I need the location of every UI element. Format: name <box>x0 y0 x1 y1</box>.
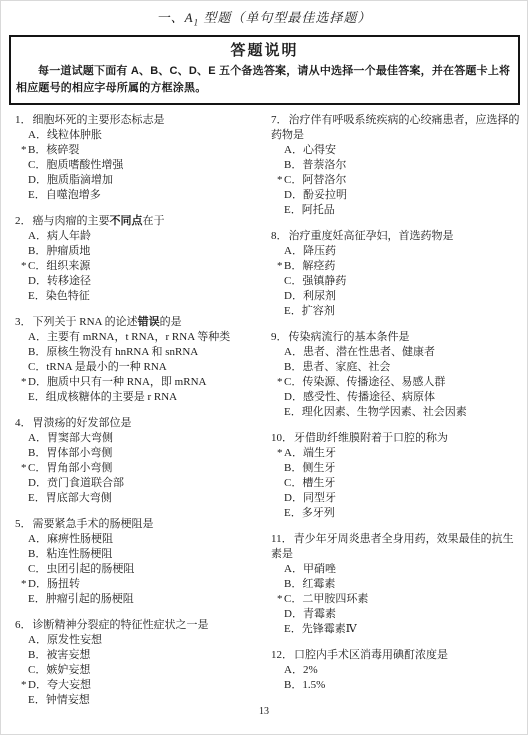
question-text: 4．胃溃疡的好发部位是 <box>15 416 267 431</box>
option-text: 肠扭转 <box>47 577 80 592</box>
option-text: 胃角部小弯侧 <box>46 461 112 476</box>
question-text-part: 牙借助纤维膜附着于口腔的称为 <box>294 432 448 444</box>
option-letter: D． <box>284 289 303 304</box>
question-12: 12．口腔内手术区消毒用碘酊浓度是A．2%B．1.5% <box>271 648 523 693</box>
option-letter: A． <box>28 330 47 345</box>
option-letter: A． <box>28 128 47 143</box>
option-letter: A． <box>28 229 47 244</box>
question-1: 1．细胞坏死的主要形态标志是A．线粒体肿胀*B．核碎裂C．胞质嗜酸性增强D．胞质… <box>15 113 267 203</box>
option-3A: A．主要有 mRNA，t RNA，r RNA 等种类 <box>15 330 267 345</box>
option-letter: C． <box>28 663 46 678</box>
correct-answer-star: * <box>21 577 28 592</box>
option-text: 线粒体肿胀 <box>47 128 102 143</box>
option-text: 阿托品 <box>302 203 335 218</box>
option-letter: D． <box>28 577 47 592</box>
option-text: 理化因素、生物学因素、社会因素 <box>302 405 467 420</box>
correct-answer-star: * <box>21 143 28 158</box>
option-text: 转移途径 <box>47 274 91 289</box>
option-11D: D．青霉素 <box>271 607 523 622</box>
question-number: 3． <box>15 316 32 328</box>
option-letter: B． <box>284 158 302 173</box>
question-text: 10．牙借助纤维膜附着于口腔的称为 <box>271 431 523 446</box>
exam-page: 一、A1 型题（单句型最佳选择题） 答题说明 每一道试题下面有 A、B、C、D、… <box>0 0 528 735</box>
instruction-text: 每一道试题下面有 A、B、C、D、E 五个备选答案，请从中选择一个最佳答案，并在… <box>16 63 513 96</box>
question-text-part: 口腔内手术区消毒用碘酊浓度是 <box>294 649 448 661</box>
option-3E: E．组成核糖体的主要是 r RNA <box>15 390 267 405</box>
option-letter: A． <box>28 431 47 446</box>
option-letter: E． <box>28 491 46 506</box>
option-letter: C． <box>284 592 302 607</box>
option-text: 患者、家庭、社会 <box>302 360 390 375</box>
option-7B: B．普萘洛尔 <box>271 158 523 173</box>
option-text: 扩容剂 <box>302 304 335 319</box>
option-3D: *D．胞质中只有一种 RNA，即 mRNA <box>15 375 267 390</box>
option-letter: E． <box>28 390 46 405</box>
option-text: 夸大妄想 <box>47 678 91 693</box>
question-text-part: 治疗伴有呼吸系统疾病的心绞痛患者，应选择的药物是 <box>271 114 520 141</box>
option-letter: A． <box>284 345 303 360</box>
option-text: 2% <box>303 663 318 678</box>
option-letter: C． <box>28 158 46 173</box>
option-text: 染色特征 <box>46 289 90 304</box>
option-letter: C． <box>28 461 46 476</box>
option-7D: D．酚妥拉明 <box>271 188 523 203</box>
question-11: 11．青少年牙周炎患者全身用药，效果最佳的抗生素是A．甲硝唑B．红霉素*C．二甲… <box>271 532 523 637</box>
option-letter: E． <box>28 188 46 203</box>
option-4E: E．胃底部大弯侧 <box>15 491 267 506</box>
option-text: 槽生牙 <box>302 476 335 491</box>
option-letter: B． <box>28 244 46 259</box>
option-letter: B． <box>28 547 46 562</box>
option-text: 组成核糖体的主要是 r RNA <box>46 390 177 405</box>
question-text: 6．诊断精神分裂症的特征性症状之一是 <box>15 618 267 633</box>
option-letter: E． <box>284 203 302 218</box>
option-9E: E．理化因素、生物学因素、社会因素 <box>271 405 523 420</box>
option-letter: E． <box>284 506 302 521</box>
question-text-emphasis: 错误 <box>138 316 160 328</box>
option-text: 同型牙 <box>303 491 336 506</box>
option-letter: E． <box>28 592 46 607</box>
option-text: 利尿剂 <box>303 289 336 304</box>
option-9C: *C．传染源、传播途径、易感人群 <box>271 375 523 390</box>
option-6D: *D．夸大妄想 <box>15 678 267 693</box>
option-text: 主要有 mRNA，t RNA，r RNA 等种类 <box>47 330 230 345</box>
option-text: 胞质中只有一种 RNA，即 mRNA <box>47 375 207 390</box>
question-text: 12．口腔内手术区消毒用碘酊浓度是 <box>271 648 523 663</box>
option-letter: C． <box>28 360 46 375</box>
option-letter: B． <box>284 461 302 476</box>
option-letter: B． <box>284 678 302 693</box>
option-5A: A．麻痹性肠梗阻 <box>15 532 267 547</box>
question-6: 6．诊断精神分裂症的特征性症状之一是A．原发性妄想B．被害妄想C．嫉妒妄想*D．… <box>15 618 267 708</box>
option-text: 贲门食道联合部 <box>47 476 124 491</box>
question-9: 9．传染病流行的基本条件是A．患者、潜在性患者、健康者B．患者、家庭、社会*C．… <box>271 330 523 420</box>
option-text: 嫉妒妄想 <box>46 663 90 678</box>
option-letter: E． <box>284 304 302 319</box>
question-text-part: 胃溃疡的好发部位是 <box>33 417 132 429</box>
option-letter: A． <box>284 143 303 158</box>
option-8E: E．扩容剂 <box>271 304 523 319</box>
option-4C: *C．胃角部小弯侧 <box>15 461 267 476</box>
option-1B: *B．核碎裂 <box>15 143 267 158</box>
option-6C: C．嫉妒妄想 <box>15 663 267 678</box>
question-8: 8．治疗重度妊高征孕妇，首选药物是A．降压药*B．解痉药C．强镇静药D．利尿剂E… <box>271 229 523 319</box>
question-number: 8． <box>271 230 288 242</box>
option-12A: A．2% <box>271 663 523 678</box>
option-10B: B．侧生牙 <box>271 461 523 476</box>
option-text: 先锋霉素Ⅳ <box>302 622 357 637</box>
option-letter: B． <box>28 446 46 461</box>
option-text: 虫团引起的肠梗阻 <box>46 562 134 577</box>
question-2: 2．癌与肉瘤的主要不同点在于A．病人年龄B．肿瘤质地*C．组织来源D．转移途径E… <box>15 214 267 304</box>
option-letter: D． <box>284 491 303 506</box>
option-letter: C． <box>284 173 302 188</box>
question-number: 5． <box>15 518 32 530</box>
question-text-part: 细胞坏死的主要形态标志是 <box>33 114 165 126</box>
option-letter: A． <box>28 633 47 648</box>
option-letter: D． <box>28 375 47 390</box>
option-text: 感受性、传播途径、病原体 <box>303 390 435 405</box>
correct-answer-star: * <box>277 173 284 188</box>
option-1C: C．胞质嗜酸性增强 <box>15 158 267 173</box>
option-letter: D． <box>284 188 303 203</box>
option-letter: C． <box>28 562 46 577</box>
question-text: 1．细胞坏死的主要形态标志是 <box>15 113 267 128</box>
option-letter: B． <box>28 345 46 360</box>
question-text: 8．治疗重度妊高征孕妇，首选药物是 <box>271 229 523 244</box>
question-text-part: 传染病流行的基本条件是 <box>289 331 410 343</box>
correct-answer-star: * <box>277 446 284 461</box>
question-text-part: 诊断精神分裂症的特征性症状之一是 <box>33 619 209 631</box>
question-3: 3．下列关于 RNA 的论述错误的是A．主要有 mRNA，t RNA，r RNA… <box>15 315 267 405</box>
option-6B: B．被害妄想 <box>15 648 267 663</box>
option-letter: D． <box>284 607 303 622</box>
option-text: 胞质嗜酸性增强 <box>46 158 123 173</box>
question-text: 11．青少年牙周炎患者全身用药，效果最佳的抗生素是 <box>271 532 523 562</box>
option-2A: A．病人年龄 <box>15 229 267 244</box>
question-4: 4．胃溃疡的好发部位是A．胃窦部大弯侧B．胃体部小弯侧*C．胃角部小弯侧D．贲门… <box>15 416 267 506</box>
option-text: 麻痹性肠梗阻 <box>47 532 113 547</box>
option-text: 降压药 <box>303 244 336 259</box>
question-text-emphasis: 不同点 <box>110 215 143 227</box>
option-text: 红霉素 <box>302 577 335 592</box>
correct-answer-star: * <box>21 375 28 390</box>
option-12B: B．1.5% <box>271 678 523 693</box>
option-text: 组织来源 <box>46 259 90 274</box>
option-8A: A．降压药 <box>271 244 523 259</box>
option-text: tRNA 是最小的一种 RNA <box>46 360 166 375</box>
option-letter: C． <box>284 274 302 289</box>
correct-answer-star: * <box>21 678 28 693</box>
option-5B: B．粘连性肠梗阻 <box>15 547 267 562</box>
option-text: 粘连性肠梗阻 <box>46 547 112 562</box>
option-6A: A．原发性妄想 <box>15 633 267 648</box>
option-3B: B．原核生物没有 hnRNA 和 snRNA <box>15 345 267 360</box>
option-text: 胃底部大弯侧 <box>46 491 112 506</box>
option-text: 侧生牙 <box>302 461 335 476</box>
question-text-part: 癌与肉瘤的主要 <box>33 215 110 227</box>
option-4B: B．胃体部小弯侧 <box>15 446 267 461</box>
option-text: 青霉素 <box>303 607 336 622</box>
option-letter: D． <box>28 274 47 289</box>
option-letter: B． <box>284 360 302 375</box>
option-5C: C．虫团引起的肠梗阻 <box>15 562 267 577</box>
option-text: 阿替洛尔 <box>302 173 346 188</box>
option-letter: B． <box>28 648 46 663</box>
questions-column-right: 7．治疗伴有呼吸系统疾病的心绞痛患者，应选择的药物是A．心得安B．普萘洛尔*C．… <box>271 113 523 693</box>
option-7A: A．心得安 <box>271 143 523 158</box>
option-9D: D．感受性、传播途径、病原体 <box>271 390 523 405</box>
option-letter: C． <box>284 375 302 390</box>
question-text-part: 在于 <box>143 215 165 227</box>
option-text: 酚妥拉明 <box>303 188 347 203</box>
option-letter: D． <box>28 678 47 693</box>
question-number: 2． <box>15 215 32 227</box>
option-4A: A．胃窦部大弯侧 <box>15 431 267 446</box>
question-text-part: 的是 <box>160 316 182 328</box>
question-text: 7．治疗伴有呼吸系统疾病的心绞痛患者，应选择的药物是 <box>271 113 523 143</box>
option-1E: E．自噬泡增多 <box>15 188 267 203</box>
question-text: 9．传染病流行的基本条件是 <box>271 330 523 345</box>
question-number: 11． <box>271 533 293 545</box>
option-2B: B．肿瘤质地 <box>15 244 267 259</box>
question-number: 4． <box>15 417 32 429</box>
option-7E: E．阿托品 <box>271 203 523 218</box>
option-letter: A． <box>28 532 47 547</box>
option-8C: C．强镇静药 <box>271 274 523 289</box>
option-text: 心得安 <box>303 143 336 158</box>
question-number: 10． <box>271 432 293 444</box>
option-text: 原核生物没有 hnRNA 和 snRNA <box>46 345 198 360</box>
option-text: 肿瘤质地 <box>46 244 90 259</box>
question-number: 9． <box>271 331 288 343</box>
option-8D: D．利尿剂 <box>271 289 523 304</box>
option-11E: E．先锋霉素Ⅳ <box>271 622 523 637</box>
option-text: 原发性妄想 <box>47 633 102 648</box>
option-text: 胞质脂滴增加 <box>47 173 113 188</box>
question-text-part: 青少年牙周炎患者全身用药，效果最佳的抗生素是 <box>271 533 514 560</box>
option-9A: A．患者、潜在性患者、健康者 <box>271 345 523 360</box>
option-letter: A． <box>284 562 303 577</box>
option-5E: E．肿瘤引起的肠梗阻 <box>15 592 267 607</box>
instruction-box: 答题说明 每一道试题下面有 A、B、C、D、E 五个备选答案，请从中选择一个最佳… <box>9 35 520 105</box>
option-10E: E．多牙列 <box>271 506 523 521</box>
option-2D: D．转移途径 <box>15 274 267 289</box>
question-text-part: 需要紧急手术的肠梗阻是 <box>33 518 154 530</box>
option-11C: *C．二甲胺四环素 <box>271 592 523 607</box>
option-text: 患者、潜在性患者、健康者 <box>303 345 435 360</box>
questions-column-left: 1．细胞坏死的主要形态标志是A．线粒体肿胀*B．核碎裂C．胞质嗜酸性增强D．胞质… <box>15 113 267 708</box>
question-text: 3．下列关于 RNA 的论述错误的是 <box>15 315 267 330</box>
option-text: 肿瘤引起的肠梗阻 <box>46 592 134 607</box>
option-2E: E．染色特征 <box>15 289 267 304</box>
option-letter: E． <box>284 405 302 420</box>
option-text: 胃窦部大弯侧 <box>47 431 113 446</box>
option-text: 1.5% <box>302 678 325 693</box>
option-letter: C． <box>28 259 46 274</box>
option-8B: *B．解痉药 <box>271 259 523 274</box>
option-letter: C． <box>284 476 302 491</box>
option-10A: *A．端生牙 <box>271 446 523 461</box>
option-text: 被害妄想 <box>46 648 90 663</box>
option-1A: A．线粒体肿胀 <box>15 128 267 143</box>
section-title: 一、A1 型题（单句型最佳选择题） <box>1 7 527 28</box>
question-text-part: 治疗重度妊高征孕妇，首选药物是 <box>289 230 454 242</box>
option-text: 端生牙 <box>303 446 336 461</box>
option-letter: B． <box>28 143 46 158</box>
option-text: 自噬泡增多 <box>46 188 101 203</box>
question-text: 5．需要紧急手术的肠梗阻是 <box>15 517 267 532</box>
option-11B: B．红霉素 <box>271 577 523 592</box>
correct-answer-star: * <box>277 259 284 274</box>
option-11A: A．甲硝唑 <box>271 562 523 577</box>
option-text: 多牙列 <box>302 506 335 521</box>
question-text-part: 下列关于 RNA 的论述 <box>33 316 138 328</box>
correct-answer-star: * <box>277 375 284 390</box>
option-4D: D．贲门食道联合部 <box>15 476 267 491</box>
option-9B: B．患者、家庭、社会 <box>271 360 523 375</box>
option-text: 强镇静药 <box>302 274 346 289</box>
correct-answer-star: * <box>21 259 28 274</box>
question-number: 1． <box>15 114 32 126</box>
option-text: 解痉药 <box>302 259 335 274</box>
question-number: 6． <box>15 619 32 631</box>
correct-answer-star: * <box>277 592 284 607</box>
option-letter: B． <box>284 577 302 592</box>
question-5: 5．需要紧急手术的肠梗阻是A．麻痹性肠梗阻B．粘连性肠梗阻C．虫团引起的肠梗阻*… <box>15 517 267 607</box>
option-letter: A． <box>284 663 303 678</box>
option-letter: D． <box>28 173 47 188</box>
option-text: 核碎裂 <box>46 143 79 158</box>
question-10: 10．牙借助纤维膜附着于口腔的称为*A．端生牙B．侧生牙C．槽生牙D．同型牙E．… <box>271 431 523 521</box>
option-text: 普萘洛尔 <box>302 158 346 173</box>
option-letter: D． <box>284 390 303 405</box>
option-2C: *C．组织来源 <box>15 259 267 274</box>
option-text: 二甲胺四环素 <box>302 592 368 607</box>
option-letter: E． <box>28 289 46 304</box>
question-number: 12． <box>271 649 293 661</box>
question-7: 7．治疗伴有呼吸系统疾病的心绞痛患者，应选择的药物是A．心得安B．普萘洛尔*C．… <box>271 113 523 218</box>
instruction-title: 答题说明 <box>16 41 513 60</box>
option-7C: *C．阿替洛尔 <box>271 173 523 188</box>
correct-answer-star: * <box>21 461 28 476</box>
section-title-prefix: 一、A <box>157 10 194 25</box>
option-letter: A． <box>284 244 303 259</box>
question-text: 2．癌与肉瘤的主要不同点在于 <box>15 214 267 229</box>
section-title-suffix: 型题（单句型最佳选择题） <box>199 10 371 25</box>
option-letter: A． <box>284 446 303 461</box>
option-3C: C．tRNA 是最小的一种 RNA <box>15 360 267 375</box>
page-number: 13 <box>1 706 527 717</box>
option-1D: D．胞质脂滴增加 <box>15 173 267 188</box>
option-letter: E． <box>284 622 302 637</box>
question-number: 7． <box>271 114 288 126</box>
option-5D: *D．肠扭转 <box>15 577 267 592</box>
option-text: 传染源、传播途径、易感人群 <box>302 375 445 390</box>
option-10C: C．槽生牙 <box>271 476 523 491</box>
option-text: 病人年龄 <box>47 229 91 244</box>
option-letter: B． <box>284 259 302 274</box>
option-letter: D． <box>28 476 47 491</box>
option-text: 胃体部小弯侧 <box>46 446 112 461</box>
option-10D: D．同型牙 <box>271 491 523 506</box>
option-text: 甲硝唑 <box>303 562 336 577</box>
